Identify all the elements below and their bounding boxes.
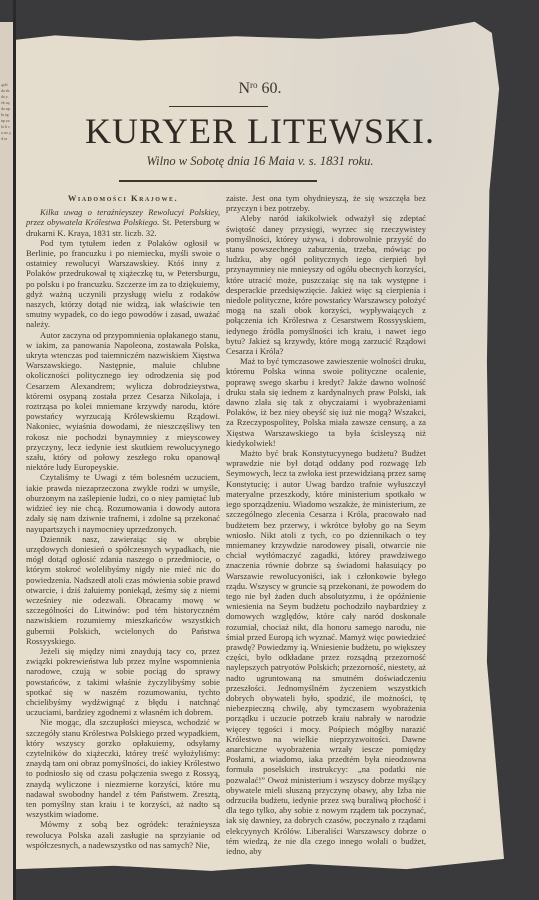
masthead-rule-bottom (119, 180, 317, 182)
left-column: Wiadomości Krajowe. Kilka uwag o teraźni… (26, 193, 220, 850)
section-heading: Wiadomości Krajowe. (26, 193, 220, 203)
previous-page-text-fragments: ąyść da sk. da y. ek uą da up. ła eg np … (1, 82, 11, 882)
paragraph: Dziennik nasz, zawieraiąc się w obrębie … (26, 534, 220, 646)
paragraph: Mówmy z sobą bez ogródek: teraźnieysza r… (26, 819, 220, 850)
paragraph: Maż to być tymczasowe zawieszenie wolnoś… (226, 356, 426, 448)
right-column: zaiste. Jest ona tym ohydnieyszą, że się… (226, 193, 426, 856)
paragraph: Mażto być brak Konstytucyynego budżetu? … (226, 448, 426, 856)
previous-page-edge: ąyść da sk. da y. ek uą da up. ła eg np … (0, 22, 13, 900)
paragraph: Nie mogąc, dla szczupłości mieysca, wcho… (26, 717, 220, 819)
issue-prefix: N (238, 80, 250, 97)
paragraph: Czytaliśmy te Uwagi z tém bolesném uczuc… (26, 472, 220, 533)
newspaper-title: KURYER LITEWSKI. (16, 110, 504, 152)
issue-number-value: 60. (262, 80, 282, 97)
issue-number: Nro 60. (16, 80, 504, 98)
paragraph: Aleby naród iakikolwiek odważył się zdep… (226, 213, 426, 356)
dateline: Wilno w Sobotę dnia 16 Maia v. s. 1831 r… (16, 154, 504, 169)
masthead-rule-top (169, 106, 268, 107)
paragraph: Autor zaczyna od przypomnienia opłakaneg… (26, 330, 220, 473)
issue-sup: ro (250, 80, 258, 90)
article-intro: Kilka uwag o teraźnieyszey Rewolucyi Pol… (26, 207, 220, 238)
paragraph: Jeżeli się między nimi znaydują tacy co,… (26, 646, 220, 717)
paragraph: Pod tym tytułem ieden z Polaków ogłosił … (26, 238, 220, 330)
paragraph-continued: zaiste. Jest ona tym ohydnieyszą, że się… (226, 193, 426, 213)
